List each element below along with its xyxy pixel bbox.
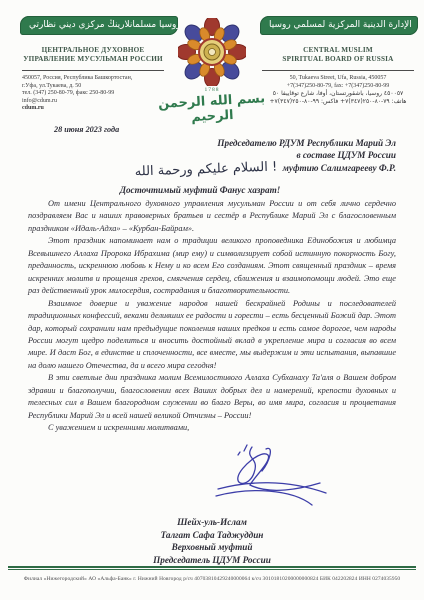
footer-rule: [8, 566, 416, 570]
arabic-salutation-handwriting: السلام عليكم ورحمة الله !: [128, 159, 284, 179]
scanned-letter-page: روسيا مسلمانلارينڭ مركزي ديني نظارتي ЦЕН…: [0, 0, 424, 600]
website-text: cdum.ru: [22, 105, 166, 113]
header-divider-left: [22, 70, 164, 71]
address-ru-line: тел. (347) 250-80-79, факс 250-80-99: [22, 90, 166, 98]
bismillah-calligraphy-icon: بسم الله الرحمن الرحيم: [153, 91, 270, 127]
signature-line: Шейх-уль-Ислам: [0, 516, 424, 529]
address-ar-line: ٤٥٠٠٥٧ روسيا، باشقورتستان، أوفا، شارع تو…: [260, 90, 416, 98]
address-ar-line: هاتف: ٧٩-٨٠-٢٥٠(٣٤٧)٧+ فاكس: ٩٩-٨٠-٢٥٠(٣…: [260, 98, 416, 106]
org-name-ru-line2: УПРАВЛЕНИЕ МУСУЛЬМАН РОССИИ: [20, 55, 166, 64]
closing-line: С уважением и искренними молитвами,: [28, 422, 396, 434]
recipient-line: Председателю РДУМ Республики Марий Эл: [217, 137, 396, 149]
signature-line: Председатель ЦДУМ России: [0, 554, 424, 567]
letterhead-left-column: روسيا مسلمانلارينڭ مركزي ديني نظارتي ЦЕН…: [20, 16, 166, 113]
address-english: 50, Tukaeva Street, Ufa, Russia, 450057 …: [260, 75, 416, 90]
arabic-calligraphy-left-icon: روسيا مسلمانلارينڭ مركزي ديني نظارتي: [20, 16, 178, 35]
letter-body: От имени Центрального духовного управлен…: [28, 198, 396, 435]
body-paragraph: Взаимное доверие и уважение народов наше…: [28, 298, 396, 373]
signature-title-block: Шейх-уль-Ислам Талгат Сафа Таджуддин Вер…: [0, 516, 424, 566]
email-text: info@cdum.ru: [22, 98, 166, 106]
org-name-english: CENTRAL MUSLIM SPIRITUAL BOARD OF RUSSIA: [260, 46, 416, 64]
body-paragraph: В эти светлые дни праздника молим Всемил…: [28, 372, 396, 422]
footer-rule-thick: [8, 566, 416, 568]
body-paragraph: От имени Центрального духовного управлен…: [28, 198, 396, 235]
arabic-calligraphy-right-icon: الإدارة الدينية المركزية لمسلمي روسيا: [260, 16, 418, 35]
bank-details: Филиал «Нижегородский» АО «Альфа-Банк» г…: [0, 576, 424, 582]
body-paragraph: Этот праздник напоминает нам о традиции …: [28, 235, 396, 297]
org-name-en-line1: CENTRAL MUSLIM: [260, 46, 416, 55]
address-en-line: 50, Tukaeva Street, Ufa, Russia, 450057: [260, 75, 416, 83]
signatory-name: Талгат Сафа Таджуддин: [0, 529, 424, 542]
header-divider-right: [262, 70, 414, 71]
letter-date: 28 июня 2023 года: [54, 125, 119, 134]
address-ru-line: 450057, Россия, Республика Башкортостан,: [22, 75, 166, 83]
footer-rule-thin: [8, 569, 416, 570]
signature-line: Верховный муфтий: [0, 541, 424, 554]
org-name-russian: ЦЕНТРАЛЬНОЕ ДУХОВНОЕ УПРАВЛЕНИЕ МУСУЛЬМА…: [20, 46, 166, 64]
letterhead-right-column: الإدارة الدينية المركزية لمسلمي روسيا CE…: [260, 16, 416, 106]
salutation-line: Досточтимый муфтий Фанус хазрат!: [80, 185, 320, 195]
emblem-medallion-icon: [178, 18, 246, 86]
signature-ink-icon: [208, 443, 333, 515]
address-russian: 450057, Россия, Республика Башкортостан,…: [20, 75, 166, 113]
org-name-en-line2: SPIRITUAL BOARD OF RUSSIA: [260, 55, 416, 64]
address-arabic: ٤٥٠٠٥٧ روسيا، باشقورتستان، أوفا، شارع تو…: [260, 90, 416, 106]
org-name-ru-line1: ЦЕНТРАЛЬНОЕ ДУХОВНОЕ: [20, 46, 166, 55]
